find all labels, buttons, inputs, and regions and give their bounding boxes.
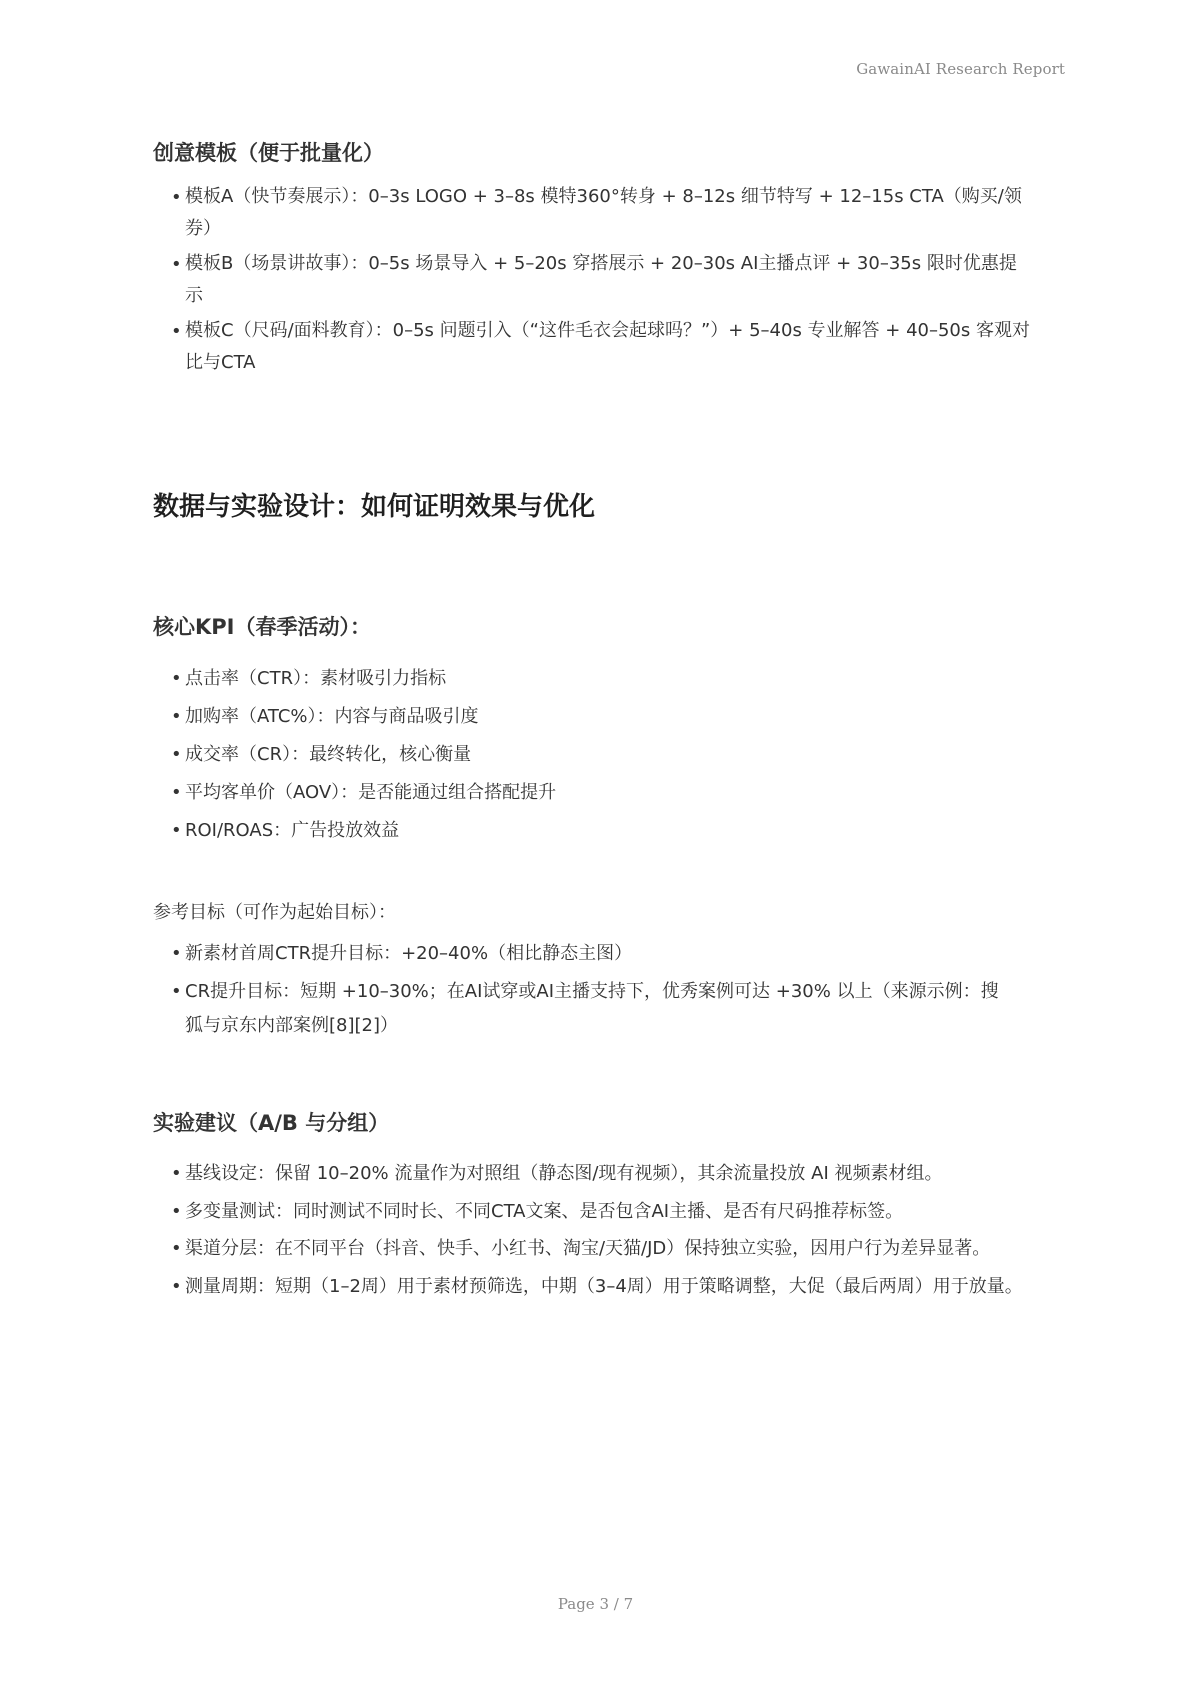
bullet-icon: •: [171, 660, 182, 698]
list-item: • 加购率（ATC%）：内容与商品吸引度: [153, 698, 1033, 736]
list-item: • ROI/ROAS：广告投放效益: [153, 812, 1033, 850]
list-item: • 点击率（CTR）：素材吸引力指标: [153, 660, 1033, 698]
list-item-text: ROI/ROAS：广告投放效益: [185, 820, 399, 841]
list-item: • 多变量测试：同时测试不同时长、不同CTA文案、是否包含AI主播、是否有尺码推…: [153, 1194, 1033, 1230]
list-item-text: 平均客单价（AOV）：是否能通过组合搭配提升: [185, 782, 556, 803]
section-heading-creative-templates: 创意模板（便于批量化）: [153, 137, 384, 167]
reference-targets-label: 参考目标（可作为起始目标）：: [153, 898, 396, 924]
list-item: • 模板A（快节奏展示）：0–3s LOGO + 3–8s 模特360°转身 +…: [153, 181, 1033, 245]
list-item-text: 多变量测试：同时测试不同时长、不同CTA文案、是否包含AI主播、是否有尺码推荐标…: [185, 1201, 903, 1222]
bullet-icon: •: [171, 812, 182, 850]
bullet-icon: •: [171, 1156, 182, 1192]
bullet-icon: •: [171, 698, 182, 736]
list-item-text: 基线设定：保留 10–20% 流量作为对照组（静态图/现有视频），其余流量投放 …: [185, 1163, 942, 1184]
list-item: • 基线设定：保留 10–20% 流量作为对照组（静态图/现有视频），其余流量投…: [153, 1156, 1033, 1192]
core-kpi-list: • 点击率（CTR）：素材吸引力指标 • 加购率（ATC%）：内容与商品吸引度 …: [153, 660, 1033, 850]
bullet-icon: •: [171, 248, 182, 282]
list-item-text: CR提升目标：短期 +10–30%；在AI试穿或AI主播支持下，优秀案例可达 +…: [185, 981, 999, 1036]
bullet-icon: •: [171, 1232, 182, 1266]
bullet-icon: •: [171, 975, 182, 1009]
list-item-text: 渠道分层：在不同平台（抖音、快手、小红书、淘宝/天猫/JD）保持独立实验，因用户…: [185, 1238, 990, 1259]
list-item-text: 点击率（CTR）：素材吸引力指标: [185, 668, 446, 689]
list-item: • 模板B（场景讲故事）：0–5s 场景导入 + 5–20s 穿搭展示 + 20…: [153, 248, 1033, 312]
list-item-text: 模板B（场景讲故事）：0–5s 场景导入 + 5–20s 穿搭展示 + 20–3…: [185, 248, 1033, 312]
list-item: • 新素材首周CTR提升目标：+20–40%（相比静态主图）: [153, 936, 1013, 972]
list-item-text: 模板A（快节奏展示）：0–3s LOGO + 3–8s 模特360°转身 + 8…: [185, 181, 1033, 245]
bullet-icon: •: [171, 736, 182, 774]
bullet-icon: •: [171, 315, 182, 349]
list-item: • 模板C（尺码/面料教育）：0–5s 问题引入（“这件毛衣会起球吗？”）+ 5…: [153, 315, 1033, 379]
list-item: • CR提升目标：短期 +10–30%；在AI试穿或AI主播支持下，优秀案例可达…: [153, 975, 1013, 1043]
section-heading-data-experiment: 数据与实验设计：如何证明效果与优化: [153, 486, 595, 523]
list-item-text: 加购率（ATC%）：内容与商品吸引度: [185, 706, 479, 727]
list-item: • 渠道分层：在不同平台（抖音、快手、小红书、淘宝/天猫/JD）保持独立实验，因…: [153, 1232, 1033, 1266]
section-heading-experiment-suggestions: 实验建议（A/B 与分组）: [153, 1107, 389, 1137]
list-item-text: 成交率（CR）：最终转化，核心衡量: [185, 744, 471, 765]
section-heading-core-kpi: 核心KPI（春季活动）：: [153, 611, 371, 641]
bullet-icon: •: [171, 936, 182, 972]
list-item-text: 新素材首周CTR提升目标：+20–40%（相比静态主图）: [185, 943, 632, 964]
bullet-icon: •: [171, 1270, 182, 1304]
bullet-icon: •: [171, 181, 182, 215]
creative-templates-list: • 模板A（快节奏展示）：0–3s LOGO + 3–8s 模特360°转身 +…: [153, 181, 1033, 379]
list-item-text: 测量周期：短期（1–2周）用于素材预筛选，中期（3–4周）用于策略调整，大促（最…: [185, 1276, 1023, 1297]
experiment-suggestions-list: • 基线设定：保留 10–20% 流量作为对照组（静态图/现有视频），其余流量投…: [153, 1156, 1033, 1304]
list-item: • 成交率（CR）：最终转化，核心衡量: [153, 736, 1033, 774]
reference-targets-list: • 新素材首周CTR提升目标：+20–40%（相比静态主图） • CR提升目标：…: [153, 936, 1013, 1043]
list-item-text: 模板C（尺码/面料教育）：0–5s 问题引入（“这件毛衣会起球吗？”）+ 5–4…: [185, 315, 1033, 379]
bullet-icon: •: [171, 1194, 182, 1230]
list-item: • 测量周期：短期（1–2周）用于素材预筛选，中期（3–4周）用于策略调整，大促…: [153, 1270, 1033, 1304]
report-header-title: GawainAI Research Report: [856, 60, 1065, 78]
page-number: Page 3 / 7: [0, 1595, 1191, 1613]
list-item: • 平均客单价（AOV）：是否能通过组合搭配提升: [153, 774, 1033, 812]
bullet-icon: •: [171, 774, 182, 812]
